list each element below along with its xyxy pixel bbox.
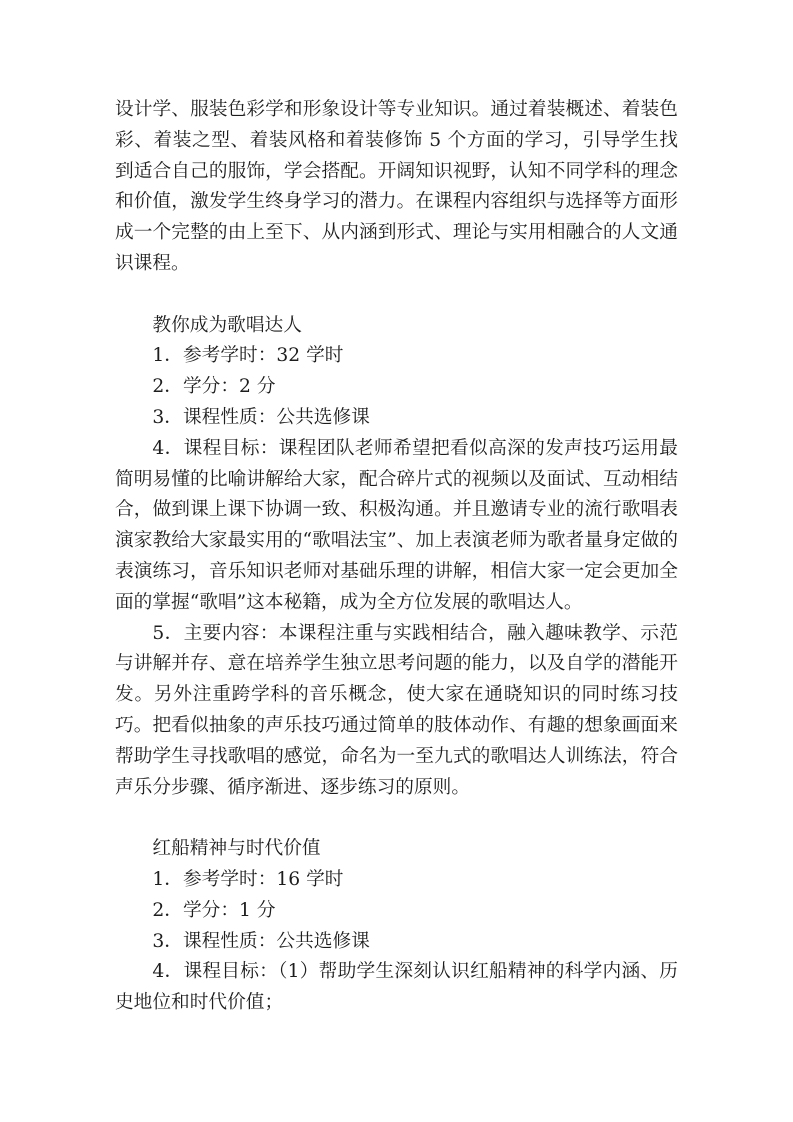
document-page: 设计学、服装色彩学和形象设计等专业知识。通过着装概述、着装色彩、着装之型、着装风… [0,0,793,1122]
course-item-course-objectives: 4．课程目标：课程团队老师希望把看似高深的发声技巧运用最简明易懂的比喻讲解给大家… [115,434,678,619]
course-item-course-nature: 3．课程性质：公共选修课 [115,927,678,958]
page-body-text: 设计学、服装色彩学和形象设计等专业知识。通过着装概述、着装色彩、着装之型、着装风… [115,95,678,1019]
course-title: 红船精神与时代价值 [115,834,678,865]
course-item-course-nature: 3．课程性质：公共选修课 [115,403,678,434]
course-title: 教你成为歌唱达人 [115,311,678,342]
course-item-course-objectives: 4．课程目标：（1）帮助学生深刻认识红船精神的科学内涵、历史地位和时代价值； [115,957,678,1019]
course-section-red-boat-spirit: 红船精神与时代价值 1．参考学时：16 学时 2．学分：1 分 3．课程性质：公… [115,834,678,1019]
course-item-credits: 2．学分：2 分 [115,372,678,403]
course-section-singing: 教你成为歌唱达人 1．参考学时：32 学时 2．学分：2 分 3．课程性质：公共… [115,311,678,804]
course-item-reference-hours: 1．参考学时：16 学时 [115,865,678,896]
course-item-reference-hours: 1．参考学时：32 学时 [115,341,678,372]
blank-line [115,803,678,834]
blank-line [115,280,678,311]
course-item-main-content: 5．主要内容：本课程注重与实践相结合，融入趣味教学、示范与讲解并存、意在培养学生… [115,619,678,804]
paragraph-costume-course-continuation: 设计学、服装色彩学和形象设计等专业知识。通过着装概述、着装色彩、着装之型、着装风… [115,95,678,280]
course-item-credits: 2．学分：1 分 [115,896,678,927]
